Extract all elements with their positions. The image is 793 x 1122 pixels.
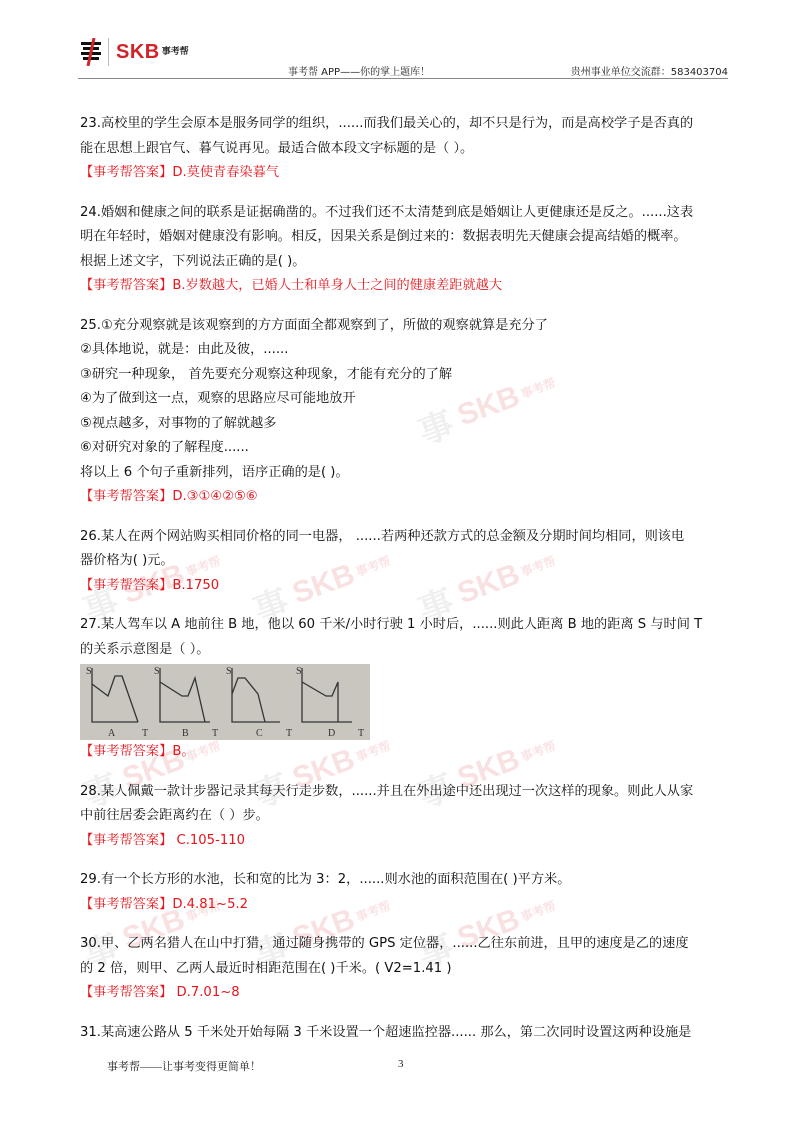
answer-text: C.105-110 bbox=[172, 833, 245, 848]
question-line: ⑥对研究对象的了解程度...... bbox=[80, 436, 728, 461]
answer-label: 【事考帮答案】 bbox=[80, 897, 172, 912]
question-line: 27.某人驾车以 A 地前往 B 地，他以 60 千米/小时行驶 1 小时后，.… bbox=[80, 613, 728, 638]
question-line: 30.甲、乙两名猎人在山中打猎，通过随身携带的 GPS 定位器，......乙往… bbox=[80, 932, 728, 957]
question-line: ②具体地说，就是：由此及彼，...... bbox=[80, 338, 728, 363]
answer-line: 【事考帮答案】 C.105-110 bbox=[80, 829, 728, 854]
question-line: 明在年轻时，婚姻对健康没有影响。相反，因果关系是倒过来的：数据表明先天健康会提高… bbox=[80, 225, 728, 250]
question-line: 将以上 6 个句子重新排列，语序正确的是( )。 bbox=[80, 461, 728, 486]
question-line: 根据上述文字，下列说法正确的是( )。 bbox=[80, 250, 728, 275]
svg-text:A: A bbox=[108, 728, 116, 739]
answer-line: 【事考帮答案】D.4.81~5.2 bbox=[80, 893, 728, 918]
footer-slogan: 事考帮——让事考变得更简单！ bbox=[107, 1058, 261, 1074]
question-30: 30.甲、乙两名猎人在山中打猎，通过随身携带的 GPS 定位器，......乙往… bbox=[80, 932, 728, 1006]
page-number: 3 bbox=[398, 1058, 404, 1070]
header-slogan: 事考帮 APP——你的掌上题库！ bbox=[288, 63, 430, 78]
question-23: 23.高校里的学生会原本是服务同学的组织，......而我们最关心的，却不只是行… bbox=[80, 112, 728, 186]
question-line: 29.有一个长方形的水池，长和宽的比为 3：2，......则水池的面积范围在(… bbox=[80, 868, 728, 893]
answer-label: 【事考帮答案】 bbox=[80, 278, 172, 293]
svg-text:T: T bbox=[212, 728, 218, 739]
question-24: 24.婚姻和健康之间的联系是证据确凿的。不过我们还不太清楚到底是婚姻让人更健康还… bbox=[80, 201, 728, 299]
question-line: ④为了做到这一点，观察的思路应尽可能地放开 bbox=[80, 387, 728, 412]
svg-text:S: S bbox=[296, 666, 302, 677]
question-28: 28.某人佩戴一款计步器记录其每天行走步数，......并且在外出途中还出现过一… bbox=[80, 780, 728, 854]
question-line: 中前往居委会距离约在（ ）步。 bbox=[80, 804, 728, 829]
answer-text: B.岁数越大，已婚人士和单身人士之间的健康差距就越大 bbox=[172, 278, 502, 293]
svg-text:B: B bbox=[182, 728, 189, 739]
svg-text:T: T bbox=[358, 728, 364, 739]
svg-text:C: C bbox=[256, 728, 263, 739]
graph-panel-b: S B T bbox=[154, 666, 218, 739]
svg-text:T: T bbox=[286, 728, 292, 739]
question-31: 31.某高速公路从 5 千米处开始每隔 3 千米设置一个超速监控器...... … bbox=[80, 1021, 728, 1046]
answer-label: 【事考帮答案】 bbox=[80, 578, 172, 593]
question-line: 的 2 倍，则甲、乙两人最近时相距范围在( )千米。( V2=1.41 ) bbox=[80, 957, 728, 982]
question-27: 27.某人驾车以 A 地前往 B 地，他以 60 千米/小时行驶 1 小时后，.… bbox=[80, 613, 728, 765]
svg-text:S: S bbox=[86, 666, 92, 677]
logo-divider bbox=[108, 38, 109, 66]
svg-text:S: S bbox=[226, 666, 232, 677]
question-line: 器价格为( )元。 bbox=[80, 549, 728, 574]
question-line: 23.高校里的学生会原本是服务同学的组织，......而我们最关心的，却不只是行… bbox=[80, 112, 728, 137]
answer-line: 【事考帮答案】B。 bbox=[80, 740, 728, 765]
question-line: 25.①充分观察就是该观察到的方方面面全都观察到了，所做的观察就算是充分了 bbox=[80, 314, 728, 339]
graph-panel-d: S D T bbox=[296, 666, 364, 739]
graph-panel-c: S C T bbox=[226, 666, 292, 739]
svg-text:S: S bbox=[154, 666, 160, 677]
question-line: 24.婚姻和健康之间的联系是证据确凿的。不过我们还不太清楚到底是婚姻让人更健康还… bbox=[80, 201, 728, 226]
logo-cn-text: 事考帮 bbox=[162, 44, 189, 57]
header-divider bbox=[78, 78, 728, 79]
question-line: ③研究一种现象， 首先要充分观察这种现象，才能有充分的了解 bbox=[80, 363, 728, 388]
logo-mark-icon bbox=[80, 38, 102, 66]
question-list: 23.高校里的学生会原本是服务同学的组织，......而我们最关心的，却不只是行… bbox=[80, 112, 728, 1045]
graph-panel-a: S A T bbox=[86, 666, 148, 739]
question-line: 26.某人在两个网站购买相同价格的同一电器， ......若两种还款方式的总金额… bbox=[80, 525, 728, 550]
answer-line: 【事考帮答案】 D.7.01~8 bbox=[80, 981, 728, 1006]
svg-text:D: D bbox=[328, 728, 335, 739]
question-25: 25.①充分观察就是该观察到的方方面面全都观察到了，所做的观察就算是充分了 ②具… bbox=[80, 314, 728, 510]
logo-brand-text: SKB bbox=[116, 41, 160, 64]
svg-text:T: T bbox=[142, 728, 148, 739]
answer-line: 【事考帮答案】D.莫使青春染暮气 bbox=[80, 161, 728, 186]
answer-label: 【事考帮答案】 bbox=[80, 985, 172, 1000]
distance-time-graph-options-image: S A T S B T S C T bbox=[80, 664, 370, 740]
question-line: 的关系示意图是（ ）。 bbox=[80, 638, 728, 663]
question-line: 28.某人佩戴一款计步器记录其每天行走步数，......并且在外出途中还出现过一… bbox=[80, 780, 728, 805]
answer-text: B.1750 bbox=[172, 578, 219, 593]
answer-text: D.莫使青春染暮气 bbox=[172, 165, 279, 180]
answer-label: 【事考帮答案】 bbox=[80, 833, 172, 848]
brand-logo: SKB 事考帮 bbox=[80, 38, 189, 66]
question-line: 能在思想上跟官气、暮气说再见。最适合做本段文字标题的是（ ）。 bbox=[80, 137, 728, 162]
header-group-info: 贵州事业单位交流群：583403704 bbox=[571, 63, 728, 78]
answer-line: 【事考帮答案】B.岁数越大，已婚人士和单身人士之间的健康差距就越大 bbox=[80, 274, 728, 299]
question-29: 29.有一个长方形的水池，长和宽的比为 3：2，......则水池的面积范围在(… bbox=[80, 868, 728, 917]
question-26: 26.某人在两个网站购买相同价格的同一电器， ......若两种还款方式的总金额… bbox=[80, 525, 728, 599]
answer-text: B。 bbox=[172, 744, 194, 759]
answer-text: D.7.01~8 bbox=[172, 985, 239, 1000]
answer-label: 【事考帮答案】 bbox=[80, 489, 172, 504]
page-header: SKB 事考帮 事考帮 APP——你的掌上题库！ 贵州事业单位交流群：58340… bbox=[78, 32, 728, 77]
answer-text: D.③①④②⑤⑥ bbox=[172, 489, 257, 504]
answer-line: 【事考帮答案】D.③①④②⑤⑥ bbox=[80, 485, 728, 510]
answer-label: 【事考帮答案】 bbox=[80, 744, 172, 759]
answer-text: D.4.81~5.2 bbox=[172, 897, 248, 912]
question-line: 31.某高速公路从 5 千米处开始每隔 3 千米设置一个超速监控器...... … bbox=[80, 1021, 728, 1046]
answer-label: 【事考帮答案】 bbox=[80, 165, 172, 180]
answer-line: 【事考帮答案】B.1750 bbox=[80, 574, 728, 599]
question-line: ⑤视点越多，对事物的了解就越多 bbox=[80, 412, 728, 437]
